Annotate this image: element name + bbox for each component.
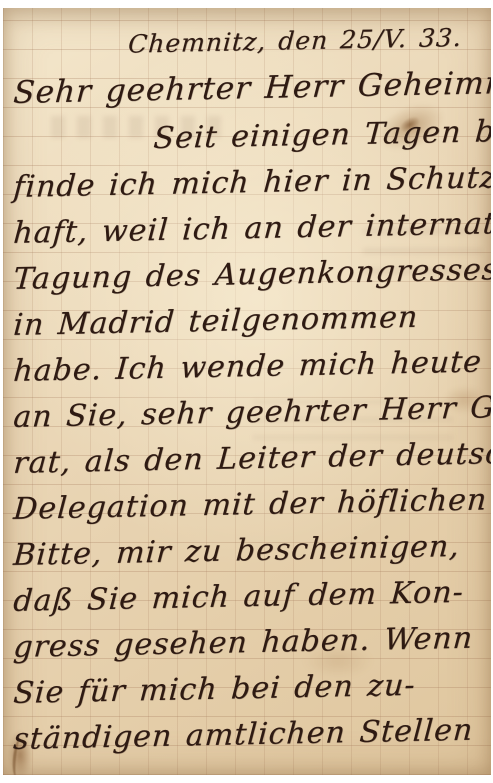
handwriting-layer: Chemnitz, den 25/V. 33. Sehr geehrter He…	[9, 8, 487, 775]
letter-paper: Chemnitz, den 25/V. 33. Sehr geehrter He…	[3, 8, 491, 775]
body-line: ständigen amtlichen Stellen	[8, 707, 490, 763]
scanned-letter: Chemnitz, den 25/V. 33. Sehr geehrter He…	[0, 0, 493, 783]
